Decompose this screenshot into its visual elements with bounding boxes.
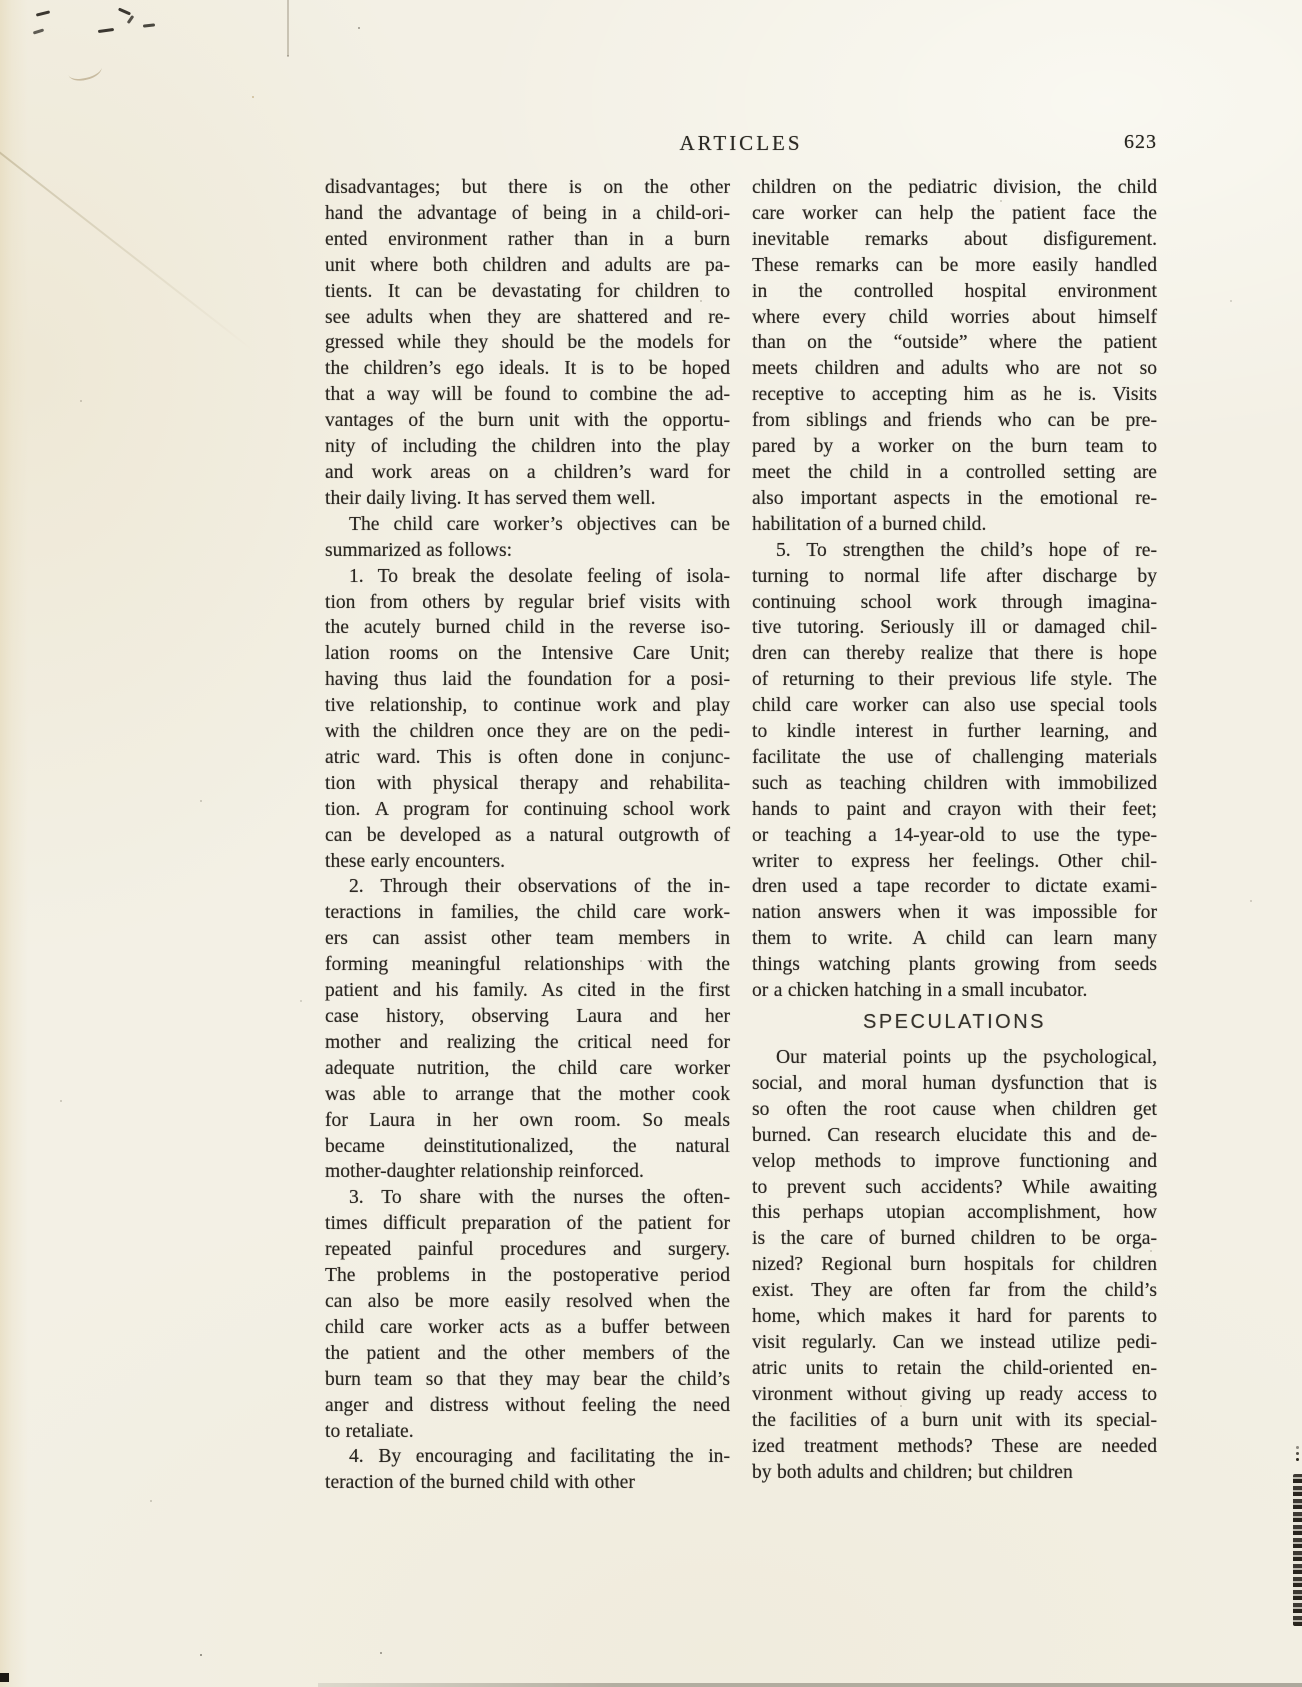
text-line: vantages of the burn unit with the oppor… [325,408,730,434]
scanned-journal-page: ARTICLES 623 disadvantages; but there is… [0,0,1302,1687]
text-line: writer to express her feelings. Other ch… [752,849,1157,875]
text-line: of returning to their previous life styl… [752,667,1157,693]
text-line: the facilities of a burn unit with its s… [752,1408,1157,1434]
text-line: vironment without giving up ready access… [752,1382,1157,1408]
text-line: case history, observing Laura and her [325,1004,730,1030]
text-line: them to write. A child can learn many [752,926,1157,952]
text-line: exist. They are often far from the child… [752,1278,1157,1304]
pen-mark [143,23,155,27]
scan-edge-line [287,0,289,56]
text-line: can also be more easily resolved when th… [325,1289,730,1315]
text-line: such as teaching children with immobiliz… [752,771,1157,797]
text-line: atric ward. This is often done in conjun… [325,745,730,771]
text-line: atric units to retain the child-oriented… [752,1356,1157,1382]
text-line: mother-daughter relationship reinforced. [325,1159,730,1185]
text-line: gressed while they should be the models … [325,330,730,356]
text-line: was able to arrange that the mother cook [325,1082,730,1108]
text-line: the patient and the other members of the [325,1341,730,1367]
text-line: their daily living. It has served them w… [325,486,730,512]
text-line: patient and his family. As cited in the … [325,978,730,1004]
text-line: summarized as follows: [325,538,730,564]
text-line: tive relationship, to continue work and … [325,693,730,719]
text-line: with the children once they are on the p… [325,719,730,745]
text-line: ented environment rather than in a burn [325,227,730,253]
text-line: 3. To share with the nurses the often- [325,1185,730,1211]
text-line: teractions in families, the child care w… [325,900,730,926]
text-line: having thus laid the foundation for a po… [325,667,730,693]
text-line: meet the child in a controlled setting a… [752,460,1157,486]
text-line: ized treatment methods? These are needed [752,1434,1157,1460]
text-line: anger and distress without feeling the n… [325,1393,730,1419]
text-line: to prevent such accidents? While awaitin… [752,1175,1157,1201]
text-line: hand the advantage of being in a child-o… [325,201,730,227]
text-line: for Laura in her own room. So meals [325,1108,730,1134]
text-line: dren used a tape recorder to dictate exa… [752,874,1157,900]
text-line: in the controlled hospital environment [752,279,1157,305]
text-line: pared by a worker on the burn team to [752,434,1157,460]
text-line: tion from others by regular brief visits… [325,590,730,616]
text-line: times difficult preparation of the patie… [325,1211,730,1237]
paper-crease-mark [0,128,285,376]
page-title: ARTICLES [325,131,1157,156]
text-line: habilitation of a burned child. [752,512,1157,538]
text-line: from siblings and friends who can be pre… [752,408,1157,434]
text-line: nity of including the children into the … [325,434,730,460]
text-line: to retaliate. [325,1419,730,1445]
text-line: nation answers when it was impossible fo… [752,900,1157,926]
text-line: The problems in the postoperative period [325,1263,730,1289]
text-line: tients. It can be devastating for childr… [325,279,730,305]
text-line: or a chicken hatching in a small incubat… [752,978,1157,1004]
column-right: children on the pediatric division, the … [752,175,1157,1496]
text-line: and work areas on a children’s ward for [325,460,730,486]
running-head: ARTICLES 623 [325,131,1157,161]
text-line: facilitate the use of challenging materi… [752,745,1157,771]
text-columns: disadvantages; but there is on the other… [325,175,1157,1496]
text-line: these early encounters. [325,849,730,875]
text-line: or teaching a 14-year-old to use the typ… [752,823,1157,849]
text-line: the acutely burned child in the reverse … [325,615,730,641]
text-line: nized? Regional burn hospitals for child… [752,1252,1157,1278]
text-line: burn team so that they may bear the chil… [325,1367,730,1393]
section-heading: SPECULATIONS [752,1011,1157,1034]
pen-mark [118,7,131,15]
text-line: things watching plants growing from seed… [752,952,1157,978]
pen-mark [127,15,135,24]
corner-ink-mark [0,1673,9,1682]
pen-mark [98,28,114,33]
text-line: that a way will be found to combine the … [325,382,730,408]
text-line: home, which makes it hard for parents to [752,1304,1157,1330]
paper-speckles [0,0,2,2]
column-left: disadvantages; but there is on the other… [325,175,730,1496]
text-line: forming meaningful relationships with th… [325,952,730,978]
pen-mark [33,28,44,34]
text-line: 4. By encouraging and facilitating the i… [325,1444,730,1470]
text-line: hands to paint and crayon with their fee… [752,797,1157,823]
text-line: tion with physical therapy and rehabilit… [325,771,730,797]
text-line: unit where both children and adults are … [325,253,730,279]
text-line: These remarks can be more easily handled [752,253,1157,279]
text-line: disadvantages; but there is on the other [325,175,730,201]
text-line: also important aspects in the emotional … [752,486,1157,512]
text-line: so often the root cause when children ge… [752,1097,1157,1123]
text-line: is the care of burned children to be org… [752,1226,1157,1252]
margin-stamp-dots [1296,1458,1299,1461]
page-number: 623 [1124,131,1157,154]
text-line: the children’s ego ideals. It is to be h… [325,356,730,382]
text-line: inevitable remarks about disfigurement. [752,227,1157,253]
text-line: than on the “outside” where the patient [752,330,1157,356]
text-line: receptive to accepting him as he is. Vis… [752,382,1157,408]
text-line: adequate nutrition, the child care worke… [325,1056,730,1082]
text-line: ers can assist other team members in [325,926,730,952]
pen-squiggle-mark [66,58,103,84]
text-line: meets children and adults who are not so [752,356,1157,382]
text-line: can be developed as a natural outgrowth … [325,823,730,849]
text-line: lation rooms on the Intensive Care Unit; [325,641,730,667]
text-line: continuing school work through imagina- [752,590,1157,616]
text-line: care worker can help the patient face th… [752,201,1157,227]
pen-mark [36,10,50,16]
text-line: 1. To break the desolate feeling of isol… [325,564,730,590]
scan-bottom-edge [318,1683,1302,1687]
text-line: 5. To strengthen the child’s hope of re- [752,538,1157,564]
text-line: became deinstitutionalized, the natural [325,1134,730,1160]
text-line: child care worker can also use special t… [752,693,1157,719]
text-line: children on the pediatric division, the … [752,175,1157,201]
text-line: where every child worries about himself [752,305,1157,331]
text-line: tive tutoring. Seriously ill or damaged … [752,615,1157,641]
text-line: this perhaps utopian accomplishment, how [752,1200,1157,1226]
text-line: child care worker acts as a buffer betwe… [325,1315,730,1341]
text-line: mother and realizing the critical need f… [325,1030,730,1056]
text-line: 2. Through their observations of the in- [325,874,730,900]
text-line: social, and moral human dysfunction that… [752,1071,1157,1097]
text-line: Our material points up the psychological… [752,1045,1157,1071]
text-line: see adults when they are shattered and r… [325,305,730,331]
text-line: repeated painful procedures and surgery. [325,1237,730,1263]
text-line: visit regularly. Can we instead utilize … [752,1330,1157,1356]
text-line: burned. Can research elucidate this and … [752,1123,1157,1149]
text-line: turning to normal life after discharge b… [752,564,1157,590]
text-line: tion. A program for continuing school wo… [325,797,730,823]
margin-stamp-mark [1293,1474,1302,1626]
text-line: teraction of the burned child with other [325,1470,730,1496]
text-line: by both adults and children; but childre… [752,1460,1157,1486]
text-line: to kindle interest in further learning, … [752,719,1157,745]
text-line: velop methods to improve functioning and [752,1149,1157,1175]
text-line: dren can thereby realize that there is h… [752,641,1157,667]
text-line: The child care worker’s objectives can b… [325,512,730,538]
